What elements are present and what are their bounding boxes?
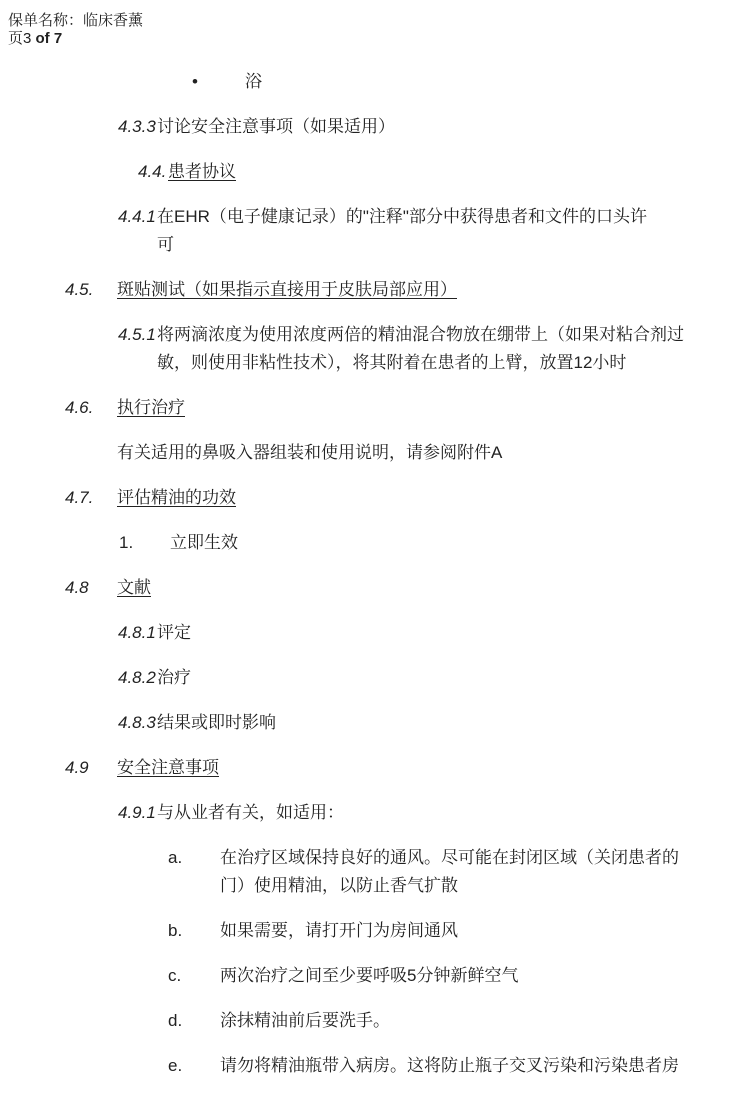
bullet-text: 浴: [245, 68, 690, 96]
item-text: 在治疗区域保持良好的通风。尽可能在封闭区域（关闭患者的 门）使用精油，以防止香气…: [220, 844, 690, 900]
item-text: 如果需要，请打开门为房间通风: [220, 917, 690, 945]
section-number: 4.3.3: [118, 113, 157, 141]
section-number: 4.5.1: [118, 321, 157, 349]
section-number: 4.8.1: [118, 619, 157, 647]
item-number: 1.: [119, 529, 170, 557]
item-letter: d.: [168, 1007, 220, 1035]
section-4-9: 4.9 安全注意事项: [0, 754, 690, 782]
section-4-5: 4.5. 斑贴测试（如果指示直接用于皮肤局部应用）: [0, 276, 690, 304]
section-number: 4.6.: [65, 394, 117, 422]
section-number: 4.5.: [65, 276, 117, 304]
text-line: 敏，则使用非粘性技术），将其附着在患者的上臂，放置12小时: [157, 349, 690, 377]
section-4-8-1: 4.8.1 评定: [0, 619, 690, 647]
lettered-item-e: e. 请勿将精油瓶带入病房。这将防止瓶子交叉污染和污染患者房: [0, 1052, 690, 1080]
section-4-8-2: 4.8.2 治疗: [0, 664, 690, 692]
item-letter: c.: [168, 962, 220, 990]
section-text: 在EHR（电子健康记录）的"注释"部分中获得患者和文件的口头许 可: [157, 203, 690, 259]
section-number: 4.8.2: [118, 664, 157, 692]
section-4-3-3: 4.3.3 讨论安全注意事项（如果适用）: [0, 113, 690, 141]
lettered-item-b: b. 如果需要，请打开门为房间通风: [0, 917, 690, 945]
item-text: 两次治疗之间至少要呼吸5分钟新鲜空气: [220, 962, 690, 990]
section-4-8-3: 4.8.3 结果或即时影响: [0, 709, 690, 737]
text-line: 门）使用精油，以防止香气扩散: [220, 872, 690, 900]
section-title: 评估精油的功效: [117, 488, 236, 507]
text-line: 将两滴浓度为使用浓度两倍的精油混合物放在绷带上（如果对粘合剂过: [157, 321, 690, 349]
page-number: 页3 of 7: [8, 30, 690, 48]
item-text: 请勿将精油瓶带入病房。这将防止瓶子交叉污染和污染患者房: [220, 1052, 690, 1080]
item-text: 涂抹精油前后要洗手。: [220, 1007, 690, 1035]
bullet-item: • 浴: [0, 68, 690, 96]
section-4-7: 4.7. 评估精油的功效: [0, 484, 690, 512]
item-letter: e.: [168, 1052, 220, 1080]
section-number: 4.9: [65, 754, 117, 782]
section-number: 4.4.1: [118, 203, 157, 231]
item-letter: b.: [168, 917, 220, 945]
section-number: 4.9.1: [118, 799, 157, 827]
text-line: 在EHR（电子健康记录）的"注释"部分中获得患者和文件的口头许: [157, 203, 690, 231]
section-text: 讨论安全注意事项（如果适用）: [157, 113, 690, 141]
lettered-item-a: a. 在治疗区域保持良好的通风。尽可能在封闭区域（关闭患者的 门）使用精油，以防…: [0, 844, 690, 900]
section-4-6: 4.6. 执行治疗: [0, 394, 690, 422]
section-4-9-1: 4.9.1 与从业者有关，如适用：: [0, 799, 690, 827]
section-text: 与从业者有关，如适用：: [157, 799, 690, 827]
numbered-item-1: 1. 立即生效: [0, 529, 690, 557]
body-paragraph: 有关适用的鼻吸入器组装和使用说明，请参阅附件A: [0, 439, 690, 467]
lettered-item-d: d. 涂抹精油前后要洗手。: [0, 1007, 690, 1035]
section-4-5-1: 4.5.1 将两滴浓度为使用浓度两倍的精油混合物放在绷带上（如果对粘合剂过 敏，…: [0, 321, 690, 377]
section-title: 执行治疗: [117, 398, 185, 417]
section-number: 4.8.3: [118, 709, 157, 737]
section-text: 结果或即时影响: [157, 709, 690, 737]
section-title: 患者协议: [168, 162, 236, 181]
section-4-4: 4.4. 患者协议: [0, 158, 690, 186]
section-number: 4.4.: [138, 158, 168, 186]
page-number-of: of 7: [36, 30, 63, 47]
text-line: 在治疗区域保持良好的通风。尽可能在封闭区域（关闭患者的: [220, 844, 690, 872]
section-text: 将两滴浓度为使用浓度两倍的精油混合物放在绷带上（如果对粘合剂过 敏，则使用非粘性…: [157, 321, 690, 377]
page-number-prefix: 页3: [8, 30, 36, 47]
section-4-4-1: 4.4.1 在EHR（电子健康记录）的"注释"部分中获得患者和文件的口头许 可: [0, 203, 690, 259]
text-line: 可: [157, 231, 690, 259]
paragraph-text: 有关适用的鼻吸入器组装和使用说明，请参阅附件A: [117, 439, 690, 467]
policy-name: 保单名称：临床香薰: [8, 12, 690, 30]
section-title: 斑贴测试（如果指示直接用于皮肤局部应用）: [117, 280, 457, 299]
document-page: 保单名称：临床香薰 页3 of 7 • 浴 4.3.3 讨论安全注意事项（如果适…: [0, 0, 730, 1103]
section-number: 4.8: [65, 574, 117, 602]
item-text: 立即生效: [170, 529, 690, 557]
section-title: 文献: [117, 578, 151, 597]
lettered-item-c: c. 两次治疗之间至少要呼吸5分钟新鲜空气: [0, 962, 690, 990]
section-4-8: 4.8 文献: [0, 574, 690, 602]
bullet-marker: •: [192, 68, 245, 96]
section-title: 安全注意事项: [117, 758, 219, 777]
section-number: 4.7.: [65, 484, 117, 512]
item-letter: a.: [168, 844, 220, 872]
section-text: 治疗: [157, 664, 690, 692]
section-text: 评定: [157, 619, 690, 647]
page-header: 保单名称：临床香薰 页3 of 7: [0, 12, 690, 48]
